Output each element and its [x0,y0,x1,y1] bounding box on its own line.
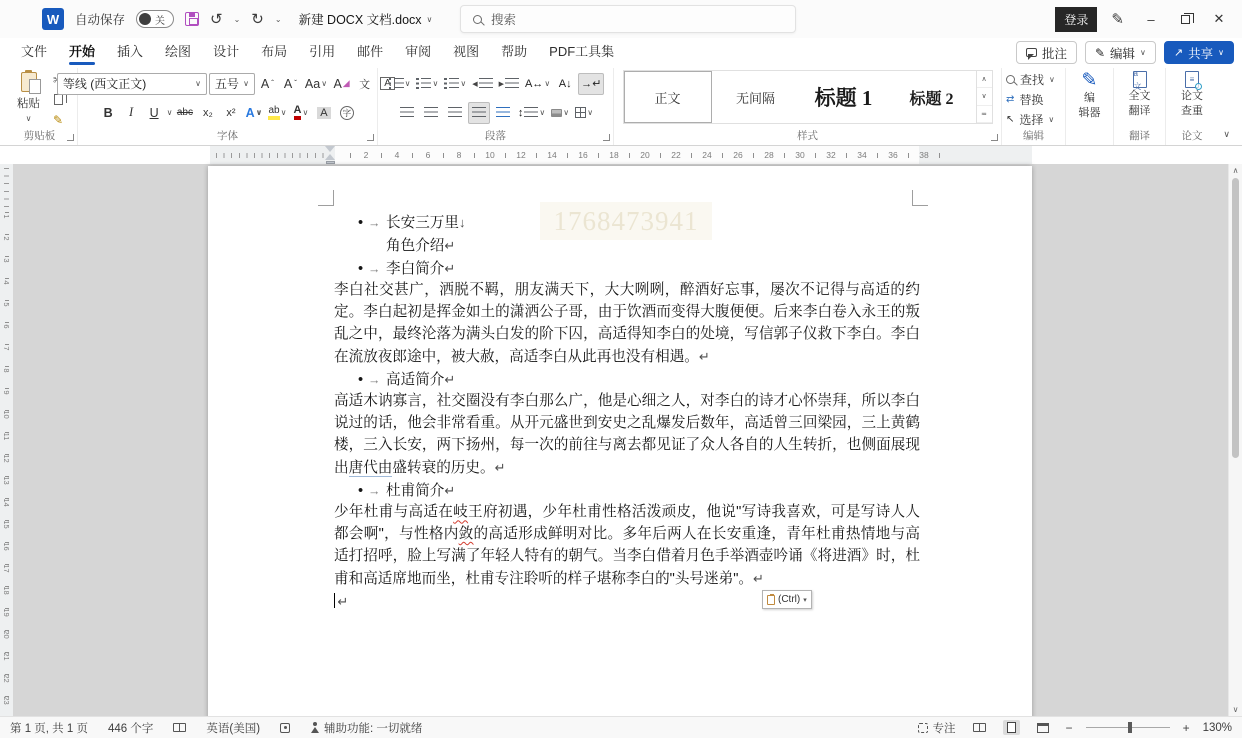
tab-help[interactable]: 帮助 [490,36,538,65]
ribbon-tab-actions: 批注 ✎ 编辑 ∨ ↗ 共享 ∨ [1016,41,1234,64]
ruler-number: 24 [702,150,711,160]
sort-glyph: A↓ [559,78,572,90]
paste-options-button[interactable]: (Ctrl) ▾ [762,590,812,609]
justify-button[interactable] [468,102,490,124]
ruler-number: 9 [2,386,11,399]
ruler-number: 22 [2,672,11,685]
select-label: 选择 [1019,111,1043,128]
borders-grid-icon [575,107,586,118]
accessibility-label: 辅助功能: 一切就绪 [324,720,422,736]
shrink-font-button[interactable]: Aˇ [280,73,301,95]
focus-label: 专注 [933,720,956,736]
multilevel-list-button[interactable]: ∨ [442,73,468,95]
ruler-number: 13 [2,474,11,487]
undo-icon[interactable]: ↺ [210,12,223,27]
ruler-number: 5 [2,298,11,311]
tab-mark: → [368,481,386,503]
font-group: 等线 (西文正文) ∨ 五号 ∨ Aˆ Aˇ Aa∨ A◢ 文 A B I U∨… [78,68,378,145]
font-color-glyph: A [294,105,302,120]
paragraph-dufu: 少年杜甫与高适在岐王府初遇，少年杜甫性格活泼顽皮，他说"写诗我喜欢，可是写诗人人… [334,502,920,590]
text-effects-glyph: A [246,106,255,120]
chevron-down-icon: ∨ [460,79,466,88]
distribute-icon [496,107,510,118]
ruler-number: 21 [2,650,11,663]
word-count[interactable]: 446 个字 [108,720,153,736]
chevron-down-icon: ∨ [321,79,327,88]
comments-button[interactable]: 批注 [1016,41,1077,64]
font-size-value: 五号 [215,75,239,92]
ruler-number: 32 [826,150,835,160]
word-window: W 自动保存 关 ↺⌄ ↻ ⌄ 新建 DOCX 文档.docx ∨ 搜索 登录 … [0,0,1242,738]
close-button[interactable]: ✕ [1202,0,1236,38]
align-left-icon [400,107,414,118]
font-name-value: 等线 (西文正文) [63,75,146,92]
font-size-combo[interactable]: 五号 ∨ [209,73,255,95]
bullet-glyph: • [358,259,368,281]
style-heading2[interactable]: 标题 2 [888,71,976,123]
underline-button[interactable]: U [144,102,165,124]
enclose-characters-button[interactable]: 字 [336,102,357,124]
list-item-text: 杜甫简介 [386,483,444,499]
select-button[interactable]: ↖选择∨ [1006,109,1061,129]
decrease-indent-button[interactable]: ◀ [470,73,494,95]
title-bar: W 自动保存 关 ↺⌄ ↻ ⌄ 新建 DOCX 文档.docx ∨ 搜索 登录 … [0,0,1242,38]
lines-icon [505,78,519,89]
chevron-down-icon: ∨ [26,114,32,123]
ruler-number: 38 [919,150,928,160]
paragraph-group-label: 段落 [378,128,613,143]
comments-label: 批注 [1042,44,1067,62]
chevron-down-icon: ∨ [432,79,438,88]
font-name-combo[interactable]: 等线 (西文正文) ∨ [57,73,207,95]
phonetic-guide-button[interactable]: 文 [354,73,375,95]
ruler-number: 20 [2,628,11,641]
share-icon: ↗ [1174,46,1183,59]
document-text[interactable]: •→长安三万里↓ 角色介绍↵ •→李白简介↵ 李白社交甚广，洒脱不羁，朋友满天下… [334,212,920,613]
autosave-toggle[interactable]: 关 [136,10,174,28]
gallery-more-icon[interactable]: ≂ [977,106,992,123]
style-no-spacing[interactable]: 无间隔 [712,71,800,123]
ruler-number: 8 [457,150,462,160]
dialog-launcher-icon[interactable] [991,134,998,141]
paper-group-label: 论文 [1166,128,1218,143]
paste-clipboard-icon [21,72,37,92]
align-center-icon [424,107,438,118]
editor-label-line2: 辑器 [1079,107,1101,120]
ruler-number: 1 [2,210,11,223]
ruler-number: 14 [547,150,556,160]
redo-icon[interactable]: ↻ [251,12,264,27]
paragraph-text: 少年杜甫与高适在 [334,504,453,520]
chevron-down-icon: ∨ [1048,115,1054,124]
page-corner-mark [912,190,928,206]
proofing-book-icon [173,723,186,732]
comment-icon [1026,48,1037,57]
tab-home[interactable]: 开始 [58,36,106,65]
subscript-button[interactable]: x₂ [197,102,218,124]
caret-up-icon: ˆ [271,79,274,88]
italic-button[interactable]: I [121,102,142,124]
chevron-down-icon: ∨ [1140,48,1146,57]
increase-indent-button[interactable]: ▶ [497,73,521,95]
ruler-number: 2 [2,232,11,245]
ruler-number: 6 [2,320,11,333]
eraser-icon: ◢ [343,78,350,89]
document-page[interactable]: 1768473941 •→长安三万里↓ 角色介绍↵ •→李白简介↵ 李白社交甚广… [208,166,1032,726]
status-bar-right: 专注 − + 130% [918,720,1232,736]
chevron-down-icon: ∨ [281,108,287,117]
restore-button[interactable] [1168,0,1202,38]
paste-options-clipboard-icon [767,595,775,605]
chevron-down-icon: ∨ [405,79,411,88]
multilevel-list-icon [444,78,459,89]
language-indicator[interactable]: 英语(美国) [206,720,260,736]
ruler-number: 36 [888,150,897,160]
paste-button[interactable]: 粘贴 ∨ [10,69,47,128]
accessibility-status[interactable]: 辅助功能: 一切就绪 [310,720,422,736]
numbered-list-icon [416,78,431,89]
pen-icon: ✎ [1095,46,1105,60]
ruler-number: 7 [2,342,11,355]
vertical-ruler-margin-ticks [4,168,9,208]
editor-group: ✎ 编 辑器 [1066,68,1114,145]
title-bar-right: 登录 ✎ – ✕ [1055,0,1242,38]
ruler-number: 10 [485,150,494,160]
superscript-button[interactable]: x² [220,102,241,124]
zoom-in-button[interactable]: + [1183,721,1190,735]
editing-group-label: 编辑 [1002,128,1065,143]
chevron-down-icon: ∨ [1049,75,1055,84]
text-effects-button[interactable]: A∨ [243,102,264,124]
align-center-button[interactable] [420,102,442,124]
tab-design[interactable]: 设计 [202,36,250,65]
strikethrough-button[interactable]: abc [174,102,195,124]
pilcrow-glyph: →↵ [581,77,601,90]
chevron-down-icon: ∨ [563,108,569,117]
quick-access-customize-icon[interactable]: ⌄ [275,15,282,24]
paragraph-gaoshi: 高适木讷寡言，社交圈没有李白那么广，他是心细之人，对李白的诗才心怀崇拜，所以李白… [334,391,920,479]
enclose-characters-glyph: 字 [340,106,354,120]
print-layout-icon [1007,722,1016,733]
bold-button[interactable]: B [98,102,119,124]
zoom-out-button[interactable]: − [1066,721,1073,735]
page-indicator[interactable]: 第 1 页, 共 1 页 [10,720,88,736]
replace-icon: ⇄ [1006,94,1014,105]
phonetic-glyph: 文 [359,76,370,92]
editor-button[interactable]: ✎ 编 辑器 [1074,69,1106,122]
align-left-button[interactable] [396,102,418,124]
clear-formatting-glyph: A [333,77,341,91]
format-painter-icon[interactable]: ✎ [47,111,69,128]
character-shading-button[interactable]: A [313,102,334,124]
empty-paragraph: ↵ [334,591,920,614]
zoom-level[interactable]: 130% [1203,722,1232,734]
macro-record-icon[interactable] [280,723,290,733]
ruler-number: 4 [2,276,11,289]
list-item-continuation: 角色介绍↵ [334,235,920,258]
asian-layout-glyph: A↔ [525,78,543,90]
paper-check-group: ≡ 论文 查重 论文 [1166,68,1218,145]
highlight-button[interactable]: ab∨ [266,102,288,124]
chevron-down-icon[interactable]: ∨ [167,108,173,117]
ruler-number: 20 [640,150,649,160]
numbering-button[interactable]: ∨ [414,73,440,95]
ruler-margin-ticks [216,153,328,158]
editing-mode-button[interactable]: ✎ 编辑 ∨ [1085,41,1156,64]
tab-pdf-tools[interactable]: PDF工具集 [538,36,625,65]
search-box[interactable]: 搜索 [460,5,796,33]
paragraph-mark: ↵ [444,238,455,253]
editing-group: 查找∨ ⇄替换 ↖选择∨ 编辑 [1002,68,1066,145]
read-mode-button[interactable] [969,721,990,734]
zoom-slider-thumb[interactable] [1128,722,1132,733]
scroll-down-icon[interactable]: ∨ [1229,705,1242,714]
justify-icon [472,107,486,118]
page-corner-mark [318,190,334,206]
caret-down-icon: ˇ [294,79,297,88]
zoom-slider[interactable] [1086,727,1170,729]
chevron-down-icon: ∨ [243,79,249,88]
scrollbar-thumb[interactable] [1232,178,1239,458]
show-formatting-marks-button[interactable]: →↵ [578,73,604,95]
ruler-number: 26 [733,150,742,160]
clipboard-group-label: 剪贴板 [2,128,77,143]
arrow-right-icon: ▶ [499,80,504,88]
chevron-down-icon[interactable]: ⌄ [234,15,241,24]
list-item-text: 长安三万里 [386,215,459,231]
paragraph-mark: ↵ [495,460,506,475]
search-icon [473,15,482,24]
text-cursor [334,593,335,608]
share-label: 共享 [1188,44,1213,62]
tab-mark: → [368,370,386,392]
replace-button[interactable]: ⇄替换 [1006,89,1061,109]
styles-gallery: 正文 无间隔 标题 1 标题 2 ∧ ∨ ≂ [623,70,993,124]
ruler-number: 4 [395,150,400,160]
style-heading1[interactable]: 标题 1 [800,71,888,123]
minimize-button[interactable]: – [1134,0,1168,38]
chevron-down-icon: ∨ [1218,48,1224,57]
translate-doc-icon: a文 [1133,71,1147,88]
ruler-number: 8 [2,364,11,377]
styles-gallery-scroll: ∧ ∨ ≂ [976,71,992,123]
bullet-glyph: • [358,481,368,503]
editing-label: 编辑 [1110,44,1135,62]
sort-button[interactable]: A↓ [554,73,576,95]
tab-references[interactable]: 引用 [298,36,346,65]
bullet-list-icon [389,78,404,89]
web-layout-icon [1037,723,1049,733]
font-group-label: 字体 [78,128,377,143]
ruler-number: 12 [2,452,11,465]
list-item: •→杜甫简介↵ [334,480,920,503]
gallery-down-icon[interactable]: ∨ [977,88,992,105]
select-arrow-icon: ↖ [1006,114,1014,125]
line-spacing-glyph: ↕ [518,107,524,119]
full-translate-button[interactable]: a文 全文 翻译 [1124,69,1156,120]
focus-mode-button[interactable]: 专注 [918,720,956,736]
web-layout-button[interactable] [1033,721,1053,735]
grow-font-glyph: A [261,77,269,91]
autosave-label: 自动保存 [75,10,125,28]
chevron-down-icon: ∨ [195,79,201,88]
paragraph-group: ∨ ∨ ∨ ◀ ▶ A↔∨ A↓ →↵ ↕∨ ∨ ∨ 段落 [378,68,614,145]
ruler-number: 17 [2,562,11,575]
list-item-text: 高适简介 [386,372,444,388]
dialog-launcher-icon[interactable] [603,134,610,141]
paper-check-button[interactable]: ≡ 论文 查重 [1176,69,1208,120]
clear-formatting-button[interactable]: A◢ [331,73,352,95]
ruler-number: 18 [609,150,618,160]
translate-group-label: 翻译 [1114,128,1165,143]
read-mode-icon [973,723,986,732]
share-button[interactable]: ↗ 共享 ∨ [1164,41,1234,64]
asian-layout-button[interactable]: A↔∨ [523,73,552,95]
scroll-up-icon[interactable]: ∧ [1229,166,1242,175]
line-spacing-button[interactable]: ↕∨ [516,102,547,124]
word-logo-icon[interactable]: W [42,8,64,30]
grammar-underlined-text: 唐代由 [349,460,393,477]
proofing-icon[interactable] [173,723,186,732]
find-button[interactable]: 查找∨ [1006,69,1061,89]
replace-label: 替换 [1019,91,1043,108]
tab-view[interactable]: 视图 [442,36,490,65]
borders-button[interactable]: ∨ [573,102,595,124]
font-color-button[interactable]: A∨ [290,102,311,124]
find-icon [1006,75,1015,84]
list-item-text: 角色介绍 [386,238,444,254]
tab-file[interactable]: 文件 [10,36,58,65]
ruler-number: 28 [764,150,773,160]
accessibility-person-icon [310,722,319,733]
focus-icon [918,723,928,733]
ruler-number: 15 [2,518,11,531]
dialog-launcher-icon[interactable] [367,134,374,141]
tab-mailings[interactable]: 邮件 [346,36,394,65]
arrow-left-icon: ◀ [472,80,477,88]
spellcheck-underlined-text: 敛 [459,526,474,542]
document-area: 1234567891011121314151617181920212223 17… [0,164,1242,716]
list-item: •→长安三万里↓ [334,212,920,235]
paragraph-mark: ↵ [444,483,455,498]
ruler-number: 2 [364,150,369,160]
tab-insert[interactable]: 插入 [106,36,154,65]
autosave-state: 关 [155,12,165,27]
paper-check-icon: ≡ [1185,71,1199,88]
paragraph-libai: 李白社交甚广，洒脱不羁，朋友满天下，大大咧咧，醉酒好忘事，屡次不记得与高适的约定… [334,280,920,368]
list-item-text: 李白简介 [386,261,444,277]
spellcheck-underlined-text: 岐 [453,504,468,520]
ruler-number: 23 [2,694,11,707]
chevron-down-icon: ∨ [256,108,263,117]
hanging-indent-marker[interactable] [325,154,335,160]
distribute-button[interactable] [492,102,514,124]
paper-label-line1: 论文 [1181,90,1203,103]
pen-mode-icon[interactable]: ✎ [1111,12,1124,27]
paragraph-mark: ↵ [753,571,764,586]
status-bar: 第 1 页, 共 1 页 446 个字 英语(美国) 辅助功能: 一切就绪 专注… [0,716,1242,738]
chevron-down-icon: ∨ [544,79,550,88]
dialog-launcher-icon[interactable] [67,134,74,141]
style-normal[interactable]: 正文 [624,71,712,123]
tab-draw[interactable]: 绘图 [154,36,202,65]
line-break-mark: ↓ [459,215,466,230]
tab-mark: → [368,213,386,235]
styles-group: 正文 无间隔 标题 1 标题 2 ∧ ∨ ≂ 样式 [614,68,1002,145]
document-title[interactable]: 新建 DOCX 文档.docx ∨ [299,10,433,28]
document-title-text: 新建 DOCX 文档.docx [299,10,422,28]
ruler-number: 14 [2,496,11,509]
bullet-glyph: • [358,213,368,235]
editor-label-line1: 编 [1084,92,1095,105]
gallery-up-icon[interactable]: ∧ [977,71,992,88]
horizontal-ruler[interactable]: 2468101214161820222426283032343638 [210,146,1032,164]
shrink-font-glyph: A [284,77,292,91]
print-layout-button[interactable] [1003,720,1020,735]
save-icon[interactable] [185,12,199,26]
magnifier-lens-icon [1195,83,1202,90]
chevron-down-icon: ∨ [539,108,545,117]
ruler-number: 19 [2,606,11,619]
chevron-down-icon: ▾ [803,596,807,604]
paint-bucket-icon [551,109,562,117]
find-label: 查找 [1020,71,1044,88]
vertical-ruler[interactable]: 1234567891011121314151617181920212223 [0,164,13,716]
lines-icon [479,78,493,89]
paragraph-mark: ↵ [699,349,710,364]
paragraph-text: 李白社交甚广，洒脱不羁，朋友满天下，大大咧咧，醉酒好忘事，屡次不记得与高适的约定… [334,282,920,364]
editor-pen-icon: ✎ [1082,71,1098,90]
character-shading-glyph: A [317,107,330,119]
search-placeholder: 搜索 [491,10,516,28]
ruler-number: 3 [2,254,11,267]
chevron-down-icon: ∨ [427,15,433,24]
bullet-glyph: • [358,370,368,392]
ruler-number: 12 [516,150,525,160]
ruler-number: 16 [2,540,11,553]
login-button[interactable]: 登录 [1055,7,1097,32]
vertical-scrollbar[interactable]: ∧ ∨ [1228,164,1242,716]
ruler-number: 11 [2,430,11,443]
collapse-ribbon-icon[interactable]: ∨ [1223,129,1230,140]
bullets-button[interactable]: ∨ [387,73,413,95]
lines-icon [524,107,538,118]
tab-layout[interactable]: 布局 [250,36,298,65]
styles-group-label: 样式 [614,128,1001,143]
paragraph-text: 盛转衰的历史。 [392,460,494,476]
first-line-indent-marker[interactable] [325,146,335,152]
list-item: •→高适简介↵ [334,369,920,392]
align-right-icon [448,107,462,118]
tab-review[interactable]: 审阅 [394,36,442,65]
tab-mark: → [368,259,386,281]
paste-label: 粘贴 [17,95,40,111]
translate-label-line2: 翻译 [1129,105,1151,118]
ruler-number: 16 [578,150,587,160]
align-right-button[interactable] [444,102,466,124]
ruler-number: 6 [426,150,431,160]
chevron-down-icon: ∨ [302,108,308,117]
change-case-button[interactable]: Aa∨ [303,73,329,95]
ruler-number: 22 [671,150,680,160]
ruler-number: 18 [2,584,11,597]
grow-font-button[interactable]: Aˆ [257,73,278,95]
ruler-number: 10 [2,408,11,421]
toggle-knob-icon [139,13,151,25]
paragraph-mark: ↵ [444,261,455,276]
shading-button[interactable]: ∨ [549,102,571,124]
list-item: •→李白简介↵ [334,258,920,281]
